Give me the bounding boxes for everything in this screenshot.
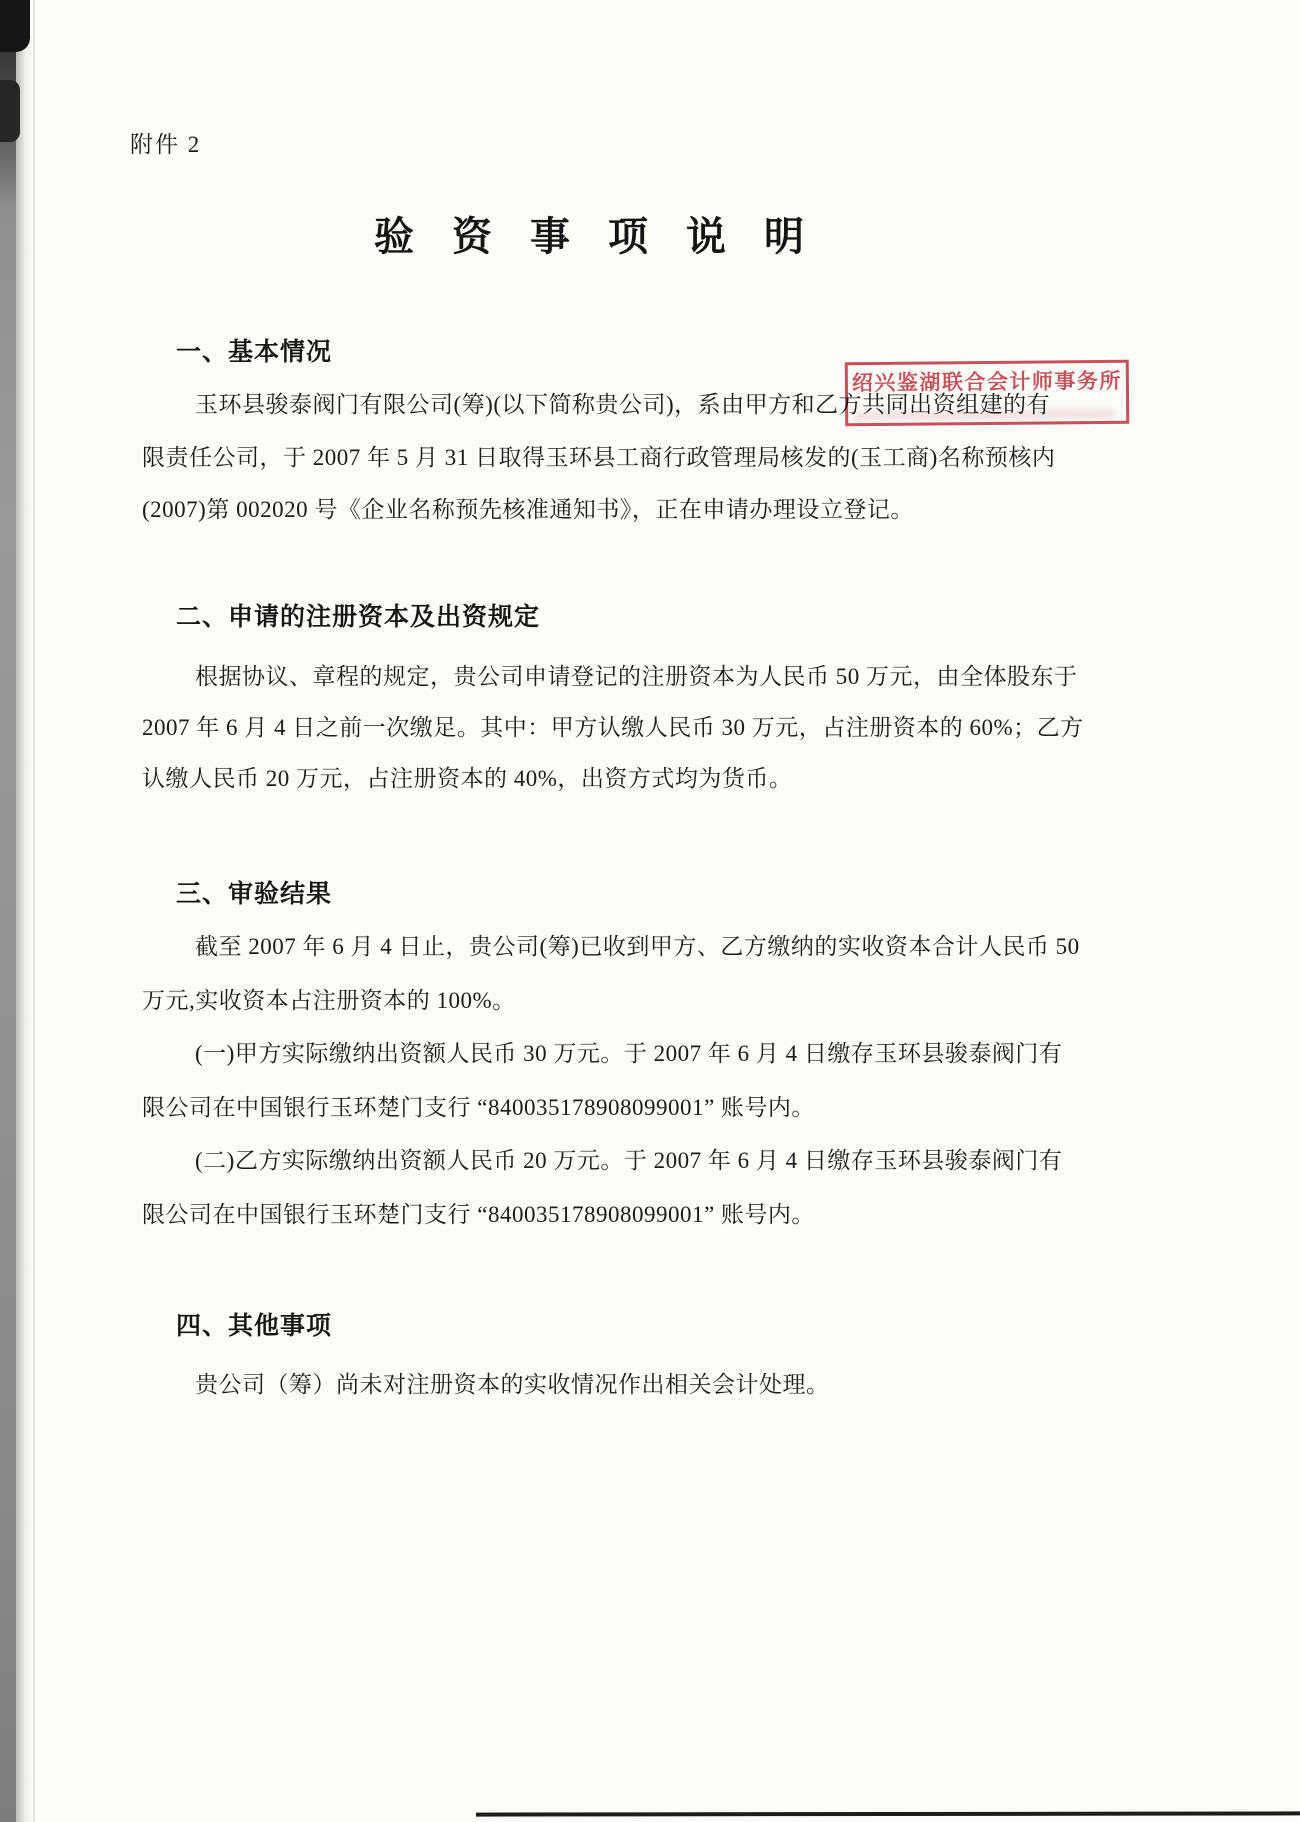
text-line: 2007 年 6 月 4 日之前一次缴足。其中：甲方认缴人民币 30 万元，占注… (142, 702, 1084, 753)
text-line: (二)乙方实际缴纳出资额人民币 20 万元。于 2007 年 6 月 4 日缴存… (142, 1134, 1080, 1188)
text-line: 认缴人民币 20 万元，占注册资本的 40%，出资方式均为货币。 (142, 753, 1084, 804)
section-heading-registered-capital: 二、申请的注册资本及出资规定 (176, 597, 540, 633)
paragraph-other-matters: 贵公司（筹）尚未对注册资本的实收情况作出相关会计处理。 (142, 1359, 830, 1411)
text-line: 贵公司（筹）尚未对注册资本的实收情况作出相关会计处理。 (142, 1359, 830, 1411)
text-line: 根据协议、章程的规定，贵公司申请登记的注册资本为人民币 50 万元，由全体股东于 (142, 651, 1084, 702)
scan-corner-blob (0, 0, 30, 52)
paragraph-registered-capital: 根据协议、章程的规定，贵公司申请登记的注册资本为人民币 50 万元，由全体股东于… (142, 651, 1084, 804)
paragraph-verification-result: 截至 2007 年 6 月 4 日止，贵公司(筹)已收到甲方、乙方缴纳的实收资本… (142, 920, 1080, 1241)
section-heading-other-matters: 四、其他事项 (176, 1306, 332, 1342)
stamp-text: 绍兴鉴湖联合会计师事务所 (848, 365, 1126, 397)
scan-artifact-blob (0, 80, 20, 142)
document-title: 验资事项说明 (0, 212, 1178, 262)
scanned-document-page: 附件 2 验资事项说明 一、基本情况 玉环县骏泰阀门有限公司(筹)(以下简称贵公… (0, 0, 1300, 1822)
stamp-ink-smudge (854, 409, 1114, 421)
text-line: 截至 2007 年 6 月 4 日止，贵公司(筹)已收到甲方、乙方缴纳的实收资本… (142, 920, 1080, 974)
scan-edge-fade (16, 0, 32, 1822)
accountant-firm-stamp: 绍兴鉴湖联合会计师事务所 (845, 360, 1130, 426)
text-line: 限公司在中国银行玉环楚门支行 “840035178908099001” 账号内。 (142, 1081, 1080, 1135)
text-line: 限公司在中国银行玉环楚门支行 “840035178908099001” 账号内。 (142, 1188, 1080, 1242)
section-heading-verification-result: 三、审验结果 (176, 874, 332, 910)
section-heading-basic-info: 一、基本情况 (176, 332, 332, 368)
scan-edge-shadow (0, 0, 16, 1822)
text-line: 限责任公司，于 2007 年 5 月 31 日取得玉环县工商行政管理局核发的(玉… (142, 432, 1055, 485)
attachment-label: 附件 2 (130, 126, 201, 159)
text-line: (一)甲方实际缴纳出资额人民币 30 万元。于 2007 年 6 月 4 日缴存… (142, 1027, 1080, 1081)
scan-bottom-line (476, 1811, 1300, 1816)
text-line: (2007)第 002020 号《企业名称预先核准通知书》，正在申请办理设立登记… (142, 484, 1055, 537)
page-fold-line (33, 0, 35, 1822)
text-line: 万元,实收资本占注册资本的 100%。 (142, 974, 1080, 1028)
